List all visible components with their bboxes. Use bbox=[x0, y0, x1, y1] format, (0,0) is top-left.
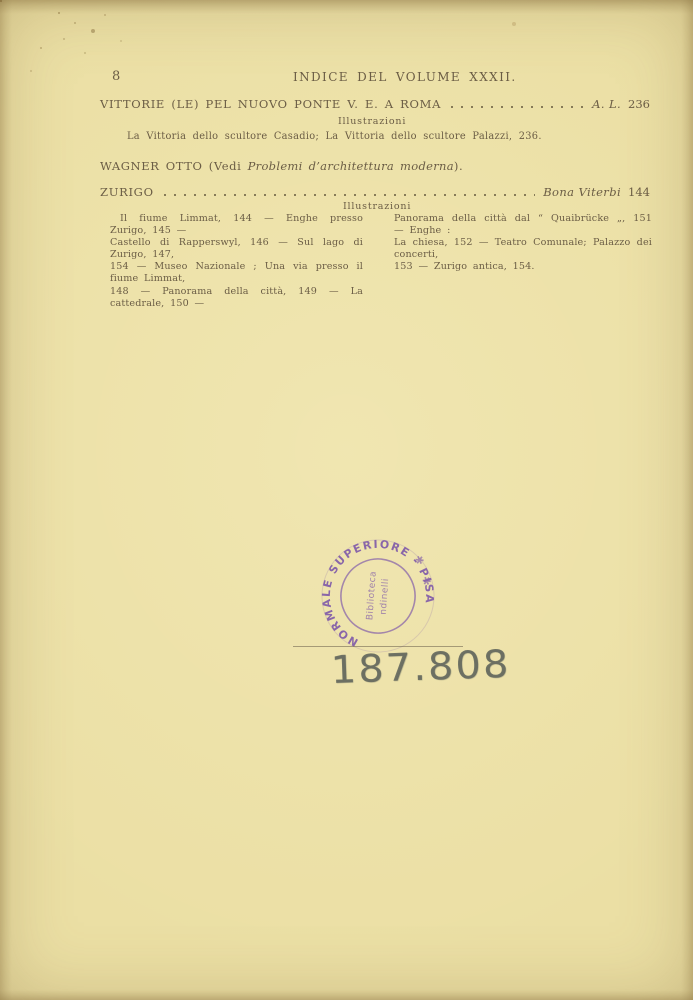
illustrations-caption: La Vittoria dello scultore Casadio; La V… bbox=[127, 131, 542, 142]
illustrations-list-left-column: Il fiume Limmat, 144 — Enghe presso Zuri… bbox=[110, 213, 363, 310]
dot-leader bbox=[451, 106, 584, 108]
paper-foxing-speckles bbox=[0, 0, 2, 2]
index-entry-zurigo: ZURIGO Bona Viterbi 144 bbox=[100, 185, 650, 199]
page-number: 8 bbox=[112, 69, 120, 84]
entry-page-number: 144 bbox=[628, 185, 650, 199]
entry-page-number: 236 bbox=[628, 97, 650, 111]
page-header-title: INDICE DEL VOLUME XXXII. bbox=[293, 70, 517, 84]
illustrations-label: Illustrazioni bbox=[343, 201, 411, 212]
handwritten-catalog-number: 187.808 bbox=[330, 642, 511, 692]
entry-title: VITTORIE (LE) PEL NUOVO PONTE V. E. A RO… bbox=[100, 97, 441, 111]
index-entry-vittorie: VITTORIE (LE) PEL NUOVO PONTE V. E. A RO… bbox=[100, 97, 650, 111]
illustrations-list-right-column: Panorama della città dal “ Quaibrücke „,… bbox=[394, 213, 652, 273]
scanned-book-page: 8 INDICE DEL VOLUME XXXII. VITTORIE (LE)… bbox=[0, 0, 693, 1000]
entry-author: A. L. bbox=[592, 97, 621, 111]
illustrations-label: Illustrazioni bbox=[338, 116, 406, 127]
stamp-inner-text-group: Biblioteca ndinelli bbox=[365, 571, 391, 622]
cross-reference-open: (Vedi bbox=[209, 159, 248, 173]
cross-reference-close: ). bbox=[454, 159, 463, 173]
dot-leader bbox=[164, 194, 536, 196]
entry-title: WAGNER OTTO bbox=[100, 159, 209, 173]
cross-reference-title: Problemi d’architettura moderna bbox=[248, 159, 454, 173]
entry-author: Bona Viterbi bbox=[543, 185, 621, 199]
index-entry-wagner: WAGNER OTTO (Vedi Problemi d’architettur… bbox=[100, 159, 463, 173]
stamp-inner-line2: ndinelli bbox=[379, 578, 392, 615]
entry-title: ZURIGO bbox=[100, 185, 154, 199]
stamp-inner-line1: Biblioteca bbox=[365, 571, 378, 621]
